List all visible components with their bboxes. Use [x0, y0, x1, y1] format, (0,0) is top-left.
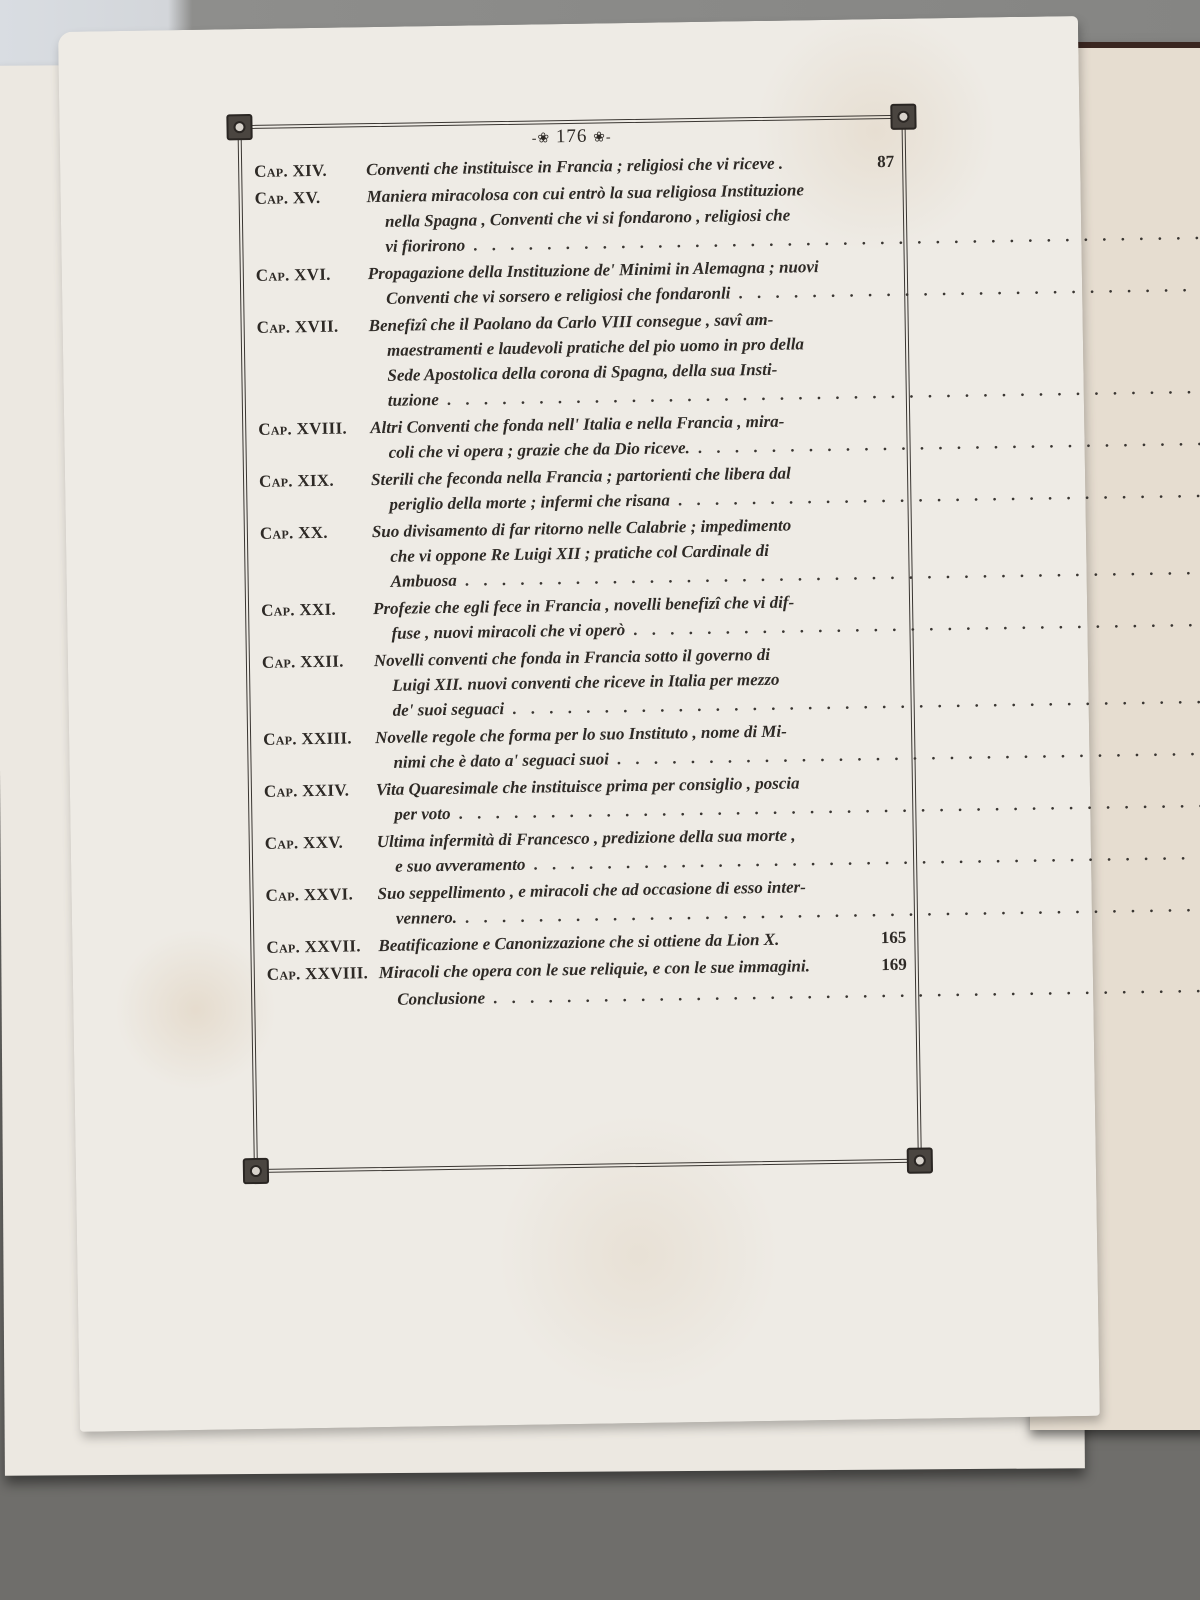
toc-entry: Cap. XXVI.Suo seppellimento , e miracoli… [265, 873, 906, 933]
chapter-label: Cap. XVIII. [258, 415, 370, 442]
chapter-label: Cap. XVII. [256, 313, 368, 340]
page-number: -❀ 176 ❀- [242, 121, 902, 153]
line-text: Conclusione [397, 985, 485, 1011]
corner-ornament-icon [907, 1147, 933, 1173]
chapter-label: Cap. XXIV. [264, 777, 376, 804]
chapter-label [267, 987, 379, 989]
ornament-left-icon: -❀ [532, 131, 551, 146]
toc-entry: Cap. XXII.Novelli conventi che fonda in … [262, 640, 903, 725]
corner-ornament-icon [243, 1158, 269, 1184]
chapter-description: Novelli conventi che fonda in Francia so… [374, 630, 1200, 723]
corner-ornament-icon [226, 114, 252, 140]
toc-entry: Cap. XXV.Ultima infermità di Francesco ,… [265, 821, 906, 881]
chapter-description: Maniera miracolosa con cui entrò la sua … [366, 167, 1200, 259]
line-text: Ambuosa [390, 568, 457, 594]
line-text: Miracoli che opera con le sue reliquie, … [379, 953, 810, 985]
page-reference: 87 [856, 149, 894, 175]
line-text: tuzione [388, 387, 439, 413]
toc-entry: Cap. XV.Maniera miracolosa con cui entrò… [254, 176, 895, 261]
corner-ornament-icon [890, 104, 916, 130]
chapter-label: Cap. XXIII. [263, 725, 375, 752]
book-page: -❀ 176 ❀- Cap. XIV.Conventi che institui… [58, 16, 1100, 1432]
chapter-label: Cap. XXV. [265, 829, 377, 856]
toc-entry: Cap. XIX.Sterili che feconda nella Franc… [259, 459, 900, 519]
ornament-right-icon: ❀- [593, 130, 612, 145]
line-text: fuse , nuovi miracoli che vi operò [391, 617, 625, 646]
chapter-description: Benefizî che il Paolano da Carlo VIII co… [368, 296, 1200, 413]
line-text: per voto [394, 801, 451, 827]
page-reference: 165 [868, 925, 906, 951]
line-text: vi fiorirono [385, 233, 465, 259]
line-text: nimi che è dato a' seguaci suoi [393, 746, 609, 774]
ornamental-frame: -❀ 176 ❀- Cap. XIV.Conventi che institui… [237, 115, 921, 1173]
table-of-contents: Cap. XIV.Conventi che instituisce in Fra… [242, 149, 915, 1014]
toc-entry: Cap. XVI.Propagazione della Instituzione… [256, 253, 897, 313]
line-text: coli che vi opera ; grazie che da Dio ri… [388, 435, 690, 465]
line-text: vennero. [396, 905, 457, 931]
chapter-label: Cap. XXVIII. [267, 960, 379, 987]
chapter-label: Cap. XV. [254, 184, 366, 211]
line-text: Conventi che vi sorsero e religiosi che … [386, 280, 731, 310]
toc-entry: Cap. XXIV.Vita Quaresimale che instituis… [264, 769, 905, 829]
line-text: Conventi che instituisce in Francia ; re… [366, 151, 783, 183]
line-text: e suo avveramento [395, 852, 526, 879]
chapter-label: Cap. XVI. [256, 261, 368, 288]
chapter-label: Cap. XIV. [254, 157, 366, 184]
line-text: periglio della morte ; infermi che risan… [389, 487, 670, 516]
page-reference: 169 [869, 952, 907, 978]
chapter-label: Cap. XXII. [262, 648, 374, 675]
toc-entry: Cap. XVIII.Altri Conventi che fonda nell… [258, 407, 899, 467]
toc-entry: Cap. XX.Suo divisamento di far ritorno n… [260, 511, 901, 596]
chapter-description: Suo divisamento di far ritorno nelle Cal… [372, 502, 1200, 594]
line-text: Beatificazione e Canonizzazione che si o… [378, 927, 779, 958]
line-text: de' suoi seguaci [392, 696, 504, 723]
toc-entry: Cap. XVII.Benefizî che il Paolano da Car… [256, 305, 897, 415]
page-number-value: 176 [556, 126, 588, 147]
chapter-label: Cap. XX. [260, 519, 372, 546]
toc-entry: Cap. XXI.Profezie che egli fece in Franc… [261, 588, 902, 648]
chapter-label: Cap. XXVI. [265, 881, 377, 908]
chapter-label: Cap. XXI. [261, 596, 373, 623]
chapter-label: Cap. XIX. [259, 467, 371, 494]
chapter-label: Cap. XXVII. [266, 933, 378, 960]
toc-entry: Cap. XXIII.Novelle regole che forma per … [263, 717, 904, 777]
